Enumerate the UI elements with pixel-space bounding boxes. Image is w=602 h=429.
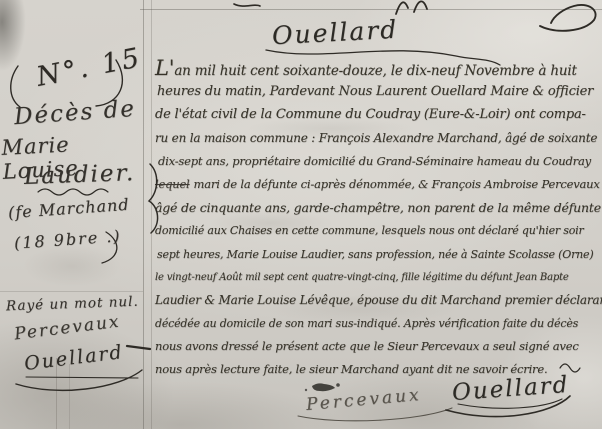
scanned-death-record: Ouellard N°. 15 Décès de Marie Louise La…	[0, 0, 602, 429]
body-line: sept heures, Marie Louise Laudier, sans …	[157, 243, 602, 266]
body-line: le vingt-neuf Août mil sept cent quatre-…	[155, 266, 602, 289]
body-line-with-erasure: lequelmari de la défunte ci-après dénomm…	[155, 173, 602, 196]
top-cut-stroke	[234, 4, 260, 6]
margin-title-surname: Laudier.	[24, 160, 136, 190]
body-line: âgé de cinquante ans, garde-champêtre, n…	[155, 196, 602, 219]
signature-percevaux: Percevaux	[305, 385, 422, 415]
body-line: dix-sept ans, propriétaire domicilié du …	[158, 150, 602, 173]
margin-signature-percevaux: Percevaux	[13, 312, 121, 345]
previous-act-signature: Ouellard	[271, 15, 399, 51]
act-body-text: L'an mil huit cent soixante-douze, le di…	[155, 57, 602, 382]
body-line: Laudier & Marie Louise Lévêque, épouse d…	[155, 289, 602, 312]
body-line: décédée au domicile de son mari sus-indi…	[155, 312, 602, 335]
body-line: ru en la maison commune : François Alexa…	[155, 127, 602, 150]
margin-signature-ouellard: Ouellard	[23, 341, 125, 375]
margin-note-spouse: (fe Marchand	[7, 195, 130, 222]
margin-title-deces: Décès de	[13, 96, 137, 130]
body-line: L'an mil huit cent soixante-douze, le di…	[155, 57, 602, 80]
margin-column: N°. 15 Décès de Marie Louise Laudier. (f…	[0, 0, 152, 429]
top-cut-stroke	[414, 1, 427, 12]
top-horizontal-rule	[140, 9, 602, 10]
body-line: heures du matin, Pardevant Nous Laurent …	[157, 80, 602, 103]
body-line: nous avons dressé le présent acte que le…	[155, 335, 602, 358]
body-line-text: mari de la défunte ci-après dénommée, & …	[194, 177, 600, 191]
act-number: N°. 15	[34, 42, 145, 93]
struck-word: lequel	[155, 177, 190, 191]
margin-note-date: (18 9bre .)	[13, 226, 122, 252]
body-line: de l'état civil de la Commune du Coudray…	[155, 103, 602, 126]
ink-blot	[305, 383, 340, 391]
body-line: domicilié aux Chaises en cette commune, …	[155, 219, 602, 242]
